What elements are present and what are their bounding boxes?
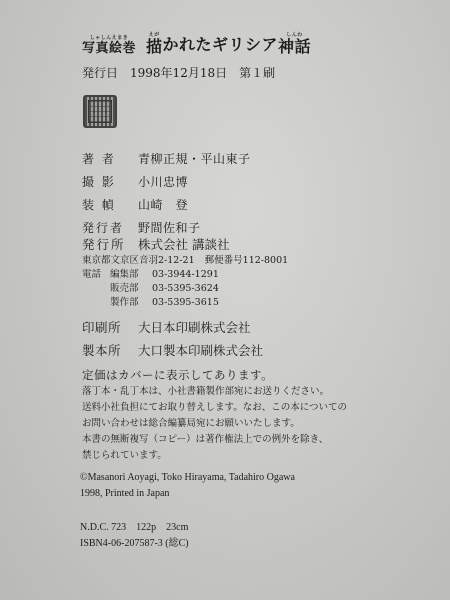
phone-row: 製作部 03-5395-3615 <box>82 296 288 310</box>
credit-role: 著 者 <box>82 148 138 171</box>
credit-name: 小川忠博 <box>138 171 188 194</box>
printer-row: 印刷所 大日本印刷株式会社 <box>82 316 263 339</box>
credits-list: 著 者 青柳正規・平山東子 撮 影 小川忠博 装 幀 山崎 登 発行者 野間佐和… <box>82 148 251 240</box>
colophon-page: しゃしんえまき 写真絵巻 えが 描 かれたギリシア しんわ 神話 発行日 199… <box>0 0 450 600</box>
phone-dept: 販売部 <box>110 282 152 296</box>
phone-dept: 編集部 <box>110 268 152 282</box>
book-title-block: しゃしんえまき 写真絵巻 えが 描 かれたギリシア しんわ 神話 <box>82 32 311 55</box>
title-part-1: 描 <box>146 39 163 55</box>
phone-number: 03-5395-3624 <box>152 282 219 296</box>
credit-role: 装 幀 <box>82 194 138 217</box>
credit-row: 装 幀 山崎 登 <box>82 194 251 217</box>
phone-row: 販売部 03-5395-3624 <box>82 282 288 296</box>
isbn: ISBN4-06-207587-3 (総C) <box>80 536 189 552</box>
copyright-block: ©Masanori Aoyagi, Toko Hirayama, Tadahir… <box>80 470 295 502</box>
notice-line: 禁じられています。 <box>82 448 347 464</box>
publisher-name-row: 発行所 株式会社 講談社 <box>82 236 288 254</box>
bibliographic-info: N.D.C. 723 122p 23cm ISBN4-06-207587-3 (… <box>80 520 189 552</box>
book-size: 23cm <box>166 520 188 536</box>
ndc-row: N.D.C. 723 122p 23cm <box>80 520 189 536</box>
notice-line: 本書の無断複写（コピー）は著作権法上での例外を除き、 <box>82 432 347 448</box>
title-part-2: かれたギリシア <box>163 32 279 55</box>
printer-role: 印刷所 <box>82 316 138 339</box>
phone-number: 03-5395-3615 <box>152 296 219 310</box>
series-name: しゃしんえまき 写真絵巻 <box>82 36 136 55</box>
copyright-line-1: ©Masanori Aoyagi, Toko Hirayama, Tadahir… <box>80 470 295 486</box>
title-part-3: 神話 <box>278 39 311 55</box>
phone-label: 電話 <box>82 268 110 282</box>
credit-role: 撮 影 <box>82 171 138 194</box>
phone-number: 03-3944-1291 <box>152 268 219 282</box>
notice-line: 送料小社負担にてお取り替えします。なお、この本についての <box>82 400 347 416</box>
publisher-address: 東京都文京区音羽2-12-21 <box>82 254 195 268</box>
publisher-role: 発行所 <box>82 236 138 254</box>
binder-row: 製本所 大口製本印刷株式会社 <box>82 339 263 362</box>
binder-name: 大口製本印刷株式会社 <box>138 339 263 362</box>
series-text: 写真絵巻 <box>82 42 136 55</box>
binder-role: 製本所 <box>82 339 138 362</box>
printers-block: 印刷所 大日本印刷株式会社 製本所 大口製本印刷株式会社 <box>82 316 263 362</box>
issue-info: 発行日 1998年12月18日 第１刷 <box>82 64 275 81</box>
credit-name: 山崎 登 <box>138 194 188 217</box>
printer-name: 大日本印刷株式会社 <box>138 316 251 339</box>
ndc-code: N.D.C. 723 <box>80 520 126 536</box>
credit-name: 青柳正規・平山東子 <box>138 148 251 171</box>
notices-block: 落丁本・乱丁本は、小社書籍製作部宛にお送りください。 送料小社負担にてお取り替え… <box>82 384 347 464</box>
credit-row: 著 者 青柳正規・平山東子 <box>82 148 251 171</box>
book-title: えが 描 かれたギリシア しんわ 神話 <box>146 32 311 55</box>
issue-date: 1998年12月18日 <box>130 64 227 81</box>
publisher-address-row: 東京都文京区音羽2-12-21 郵便番号112-8001 <box>82 254 288 268</box>
publisher-seal-stamp-icon <box>83 95 117 128</box>
phone-dept: 製作部 <box>110 296 152 310</box>
phone-list: 電話 編集部 03-3944-1291 販売部 03-5395-3624 製作部… <box>82 268 288 310</box>
issue-label: 発行日 <box>82 64 118 81</box>
page-count: 122p <box>136 520 156 536</box>
publisher-block: 発行所 株式会社 講談社 東京都文京区音羽2-12-21 郵便番号112-800… <box>82 236 288 310</box>
notice-line: 落丁本・乱丁本は、小社書籍製作部宛にお送りください。 <box>82 384 347 400</box>
credit-row: 撮 影 小川忠博 <box>82 171 251 194</box>
price-note: 定価はカバーに表示してあります。 <box>82 367 273 383</box>
copyright-line-2: 1998, Printed in Japan <box>80 486 295 502</box>
phone-row: 電話 編集部 03-3944-1291 <box>82 268 288 282</box>
publisher-postal: 郵便番号112-8001 <box>205 254 289 268</box>
notice-line: お問い合わせは総合編纂局宛にお願いいたします。 <box>82 416 347 432</box>
printing-number: 第１刷 <box>239 64 275 81</box>
publisher-name: 株式会社 講談社 <box>138 236 229 254</box>
